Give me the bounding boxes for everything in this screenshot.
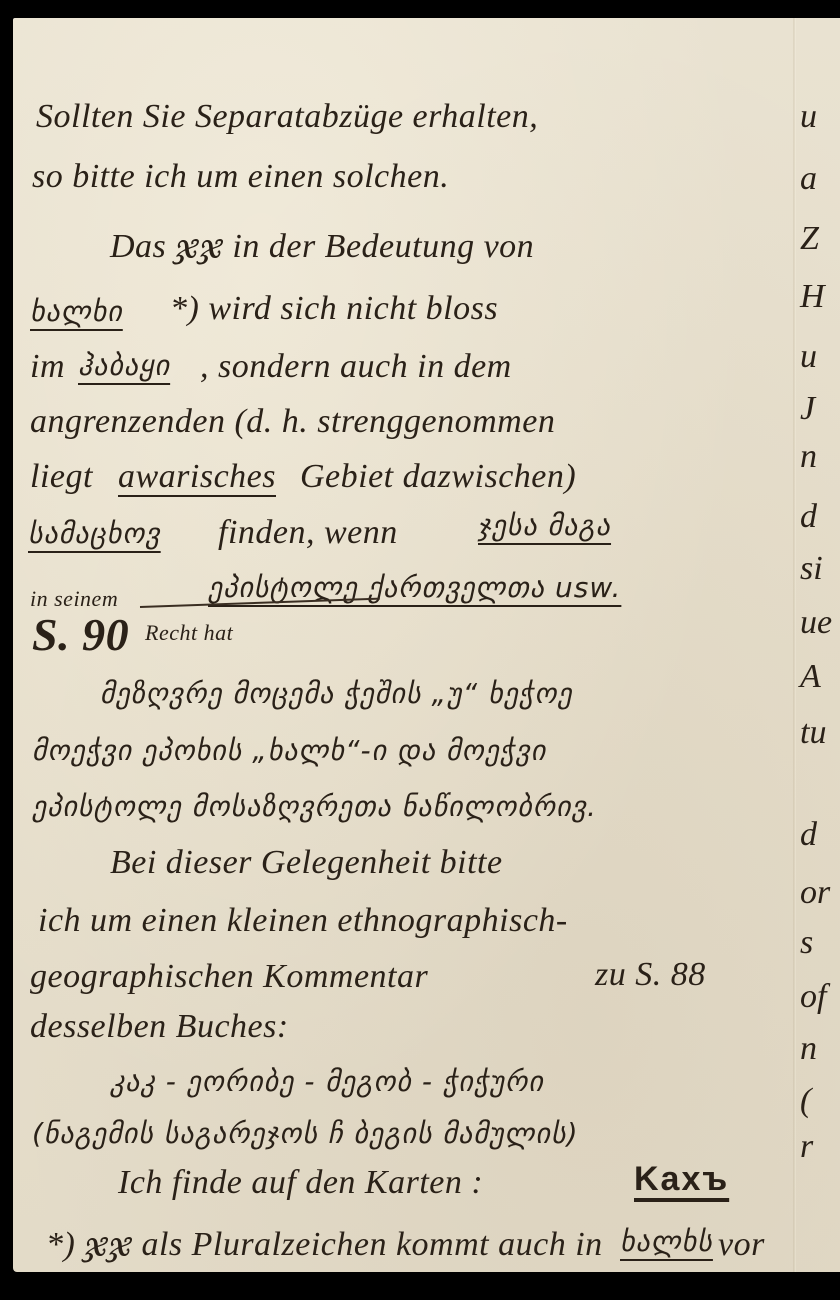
georgian-line-2: მოეჭვი ეპოხის „ხალხ“-ი და მოეჭვი [32, 737, 546, 765]
adjacent-page-fragment: A [800, 660, 821, 694]
adjacent-page-fragment: ue [800, 606, 832, 640]
text-line-9-start: in seinem [30, 588, 118, 610]
adjacent-page-fragment: si [800, 552, 823, 586]
adjacent-page-fragment: d [800, 500, 817, 534]
text-line-10: Recht hat [145, 622, 233, 644]
georgian-line-5: (ნაგემის საგარეჯოს ჩ ბეგის მამულის) [32, 1120, 579, 1148]
text-line-7-end: Gebiet dazwischen) [300, 460, 576, 494]
footnote-end: vor [718, 1228, 765, 1262]
text-line-2: so bitte ich um einen solchen. [32, 160, 449, 194]
georgian-word-underlined: ჰაბაყი [78, 352, 170, 380]
adjacent-page-fragment: d [800, 818, 817, 852]
georgian-phrase-underlined: ეპისტოლე ქართველთა usw. [208, 574, 621, 602]
text-line-16-start: geographischen Kommentar [30, 960, 428, 994]
page-reference: S. 90 [32, 612, 129, 658]
text-line-16-end: zu S. 88 [595, 958, 706, 992]
text-line-5-end: , sondern auch in dem [200, 350, 512, 384]
footnote-georgian-underlined: ხალხს [620, 1228, 713, 1256]
georgian-line-3: ეპისტოლე მოსაზღვრეთა ნაწილობრივ. [32, 793, 597, 821]
adjacent-page-fragment: Z [800, 222, 819, 256]
georgian-line-4: კაკ - ეორიბე - მეგობ - ჭიჭური [110, 1068, 544, 1096]
georgian-word-underlined: ხალხი [30, 298, 123, 326]
adjacent-page-fragment: n [800, 1032, 817, 1066]
georgian-line-1: მეზღვრე მოცემა ჭეშის „უ“ ხეჭოე [100, 680, 573, 708]
adjacent-page-fragment: n [800, 440, 817, 474]
page-fold-crease [793, 18, 796, 1272]
adjacent-page-fragment: a [800, 162, 817, 196]
text-line-3: Das ჯჯ in der Bedeutung von [110, 230, 534, 264]
adjacent-page-fragment: J [800, 392, 815, 426]
adjacent-page-fragment: u [800, 100, 817, 134]
adjacent-page-fragment: H [800, 280, 825, 314]
adjacent-page-fragment: tu [800, 716, 826, 750]
underlined-word: awarisches [118, 460, 276, 494]
text-line-1: Sollten Sie Separatabzüge erhalten, [36, 100, 538, 134]
text-line-14: Bei dieser Gelegenheit bitte [110, 846, 503, 880]
adjacent-page-fragment: ( [800, 1084, 811, 1118]
adjacent-page-fragment: s [800, 926, 813, 960]
adjacent-page-fragment: of [800, 980, 826, 1014]
text-line-4: *) wird sich nicht bloss [170, 292, 498, 326]
text-line-5-start: im [30, 350, 65, 384]
text-line-20: Ich finde auf den Karten : [118, 1166, 483, 1200]
footnote-text: *) ჯჯ als Pluralzeichen kommt auch in [46, 1228, 603, 1262]
text-line-17: desselben Buches: [30, 1010, 289, 1044]
text-line-6: angrenzenden (d. h. strenggenommen [30, 405, 555, 439]
adjacent-page-fragment: r [800, 1130, 813, 1164]
georgian-word-underlined: სამაცხოვ [28, 520, 161, 548]
text-line-7-start: liegt [30, 460, 93, 494]
georgian-phrase-underlined: ჯესა მაგა [478, 512, 611, 540]
text-line-15: ich um einen kleinen ethnographisch- [38, 904, 568, 938]
cyrillic-word-underlined: Kaxъ [634, 1162, 729, 1196]
text-line-8: finden, wenn [218, 516, 398, 550]
adjacent-page-fragment: u [800, 340, 817, 374]
adjacent-page-fragment: or [800, 876, 830, 910]
